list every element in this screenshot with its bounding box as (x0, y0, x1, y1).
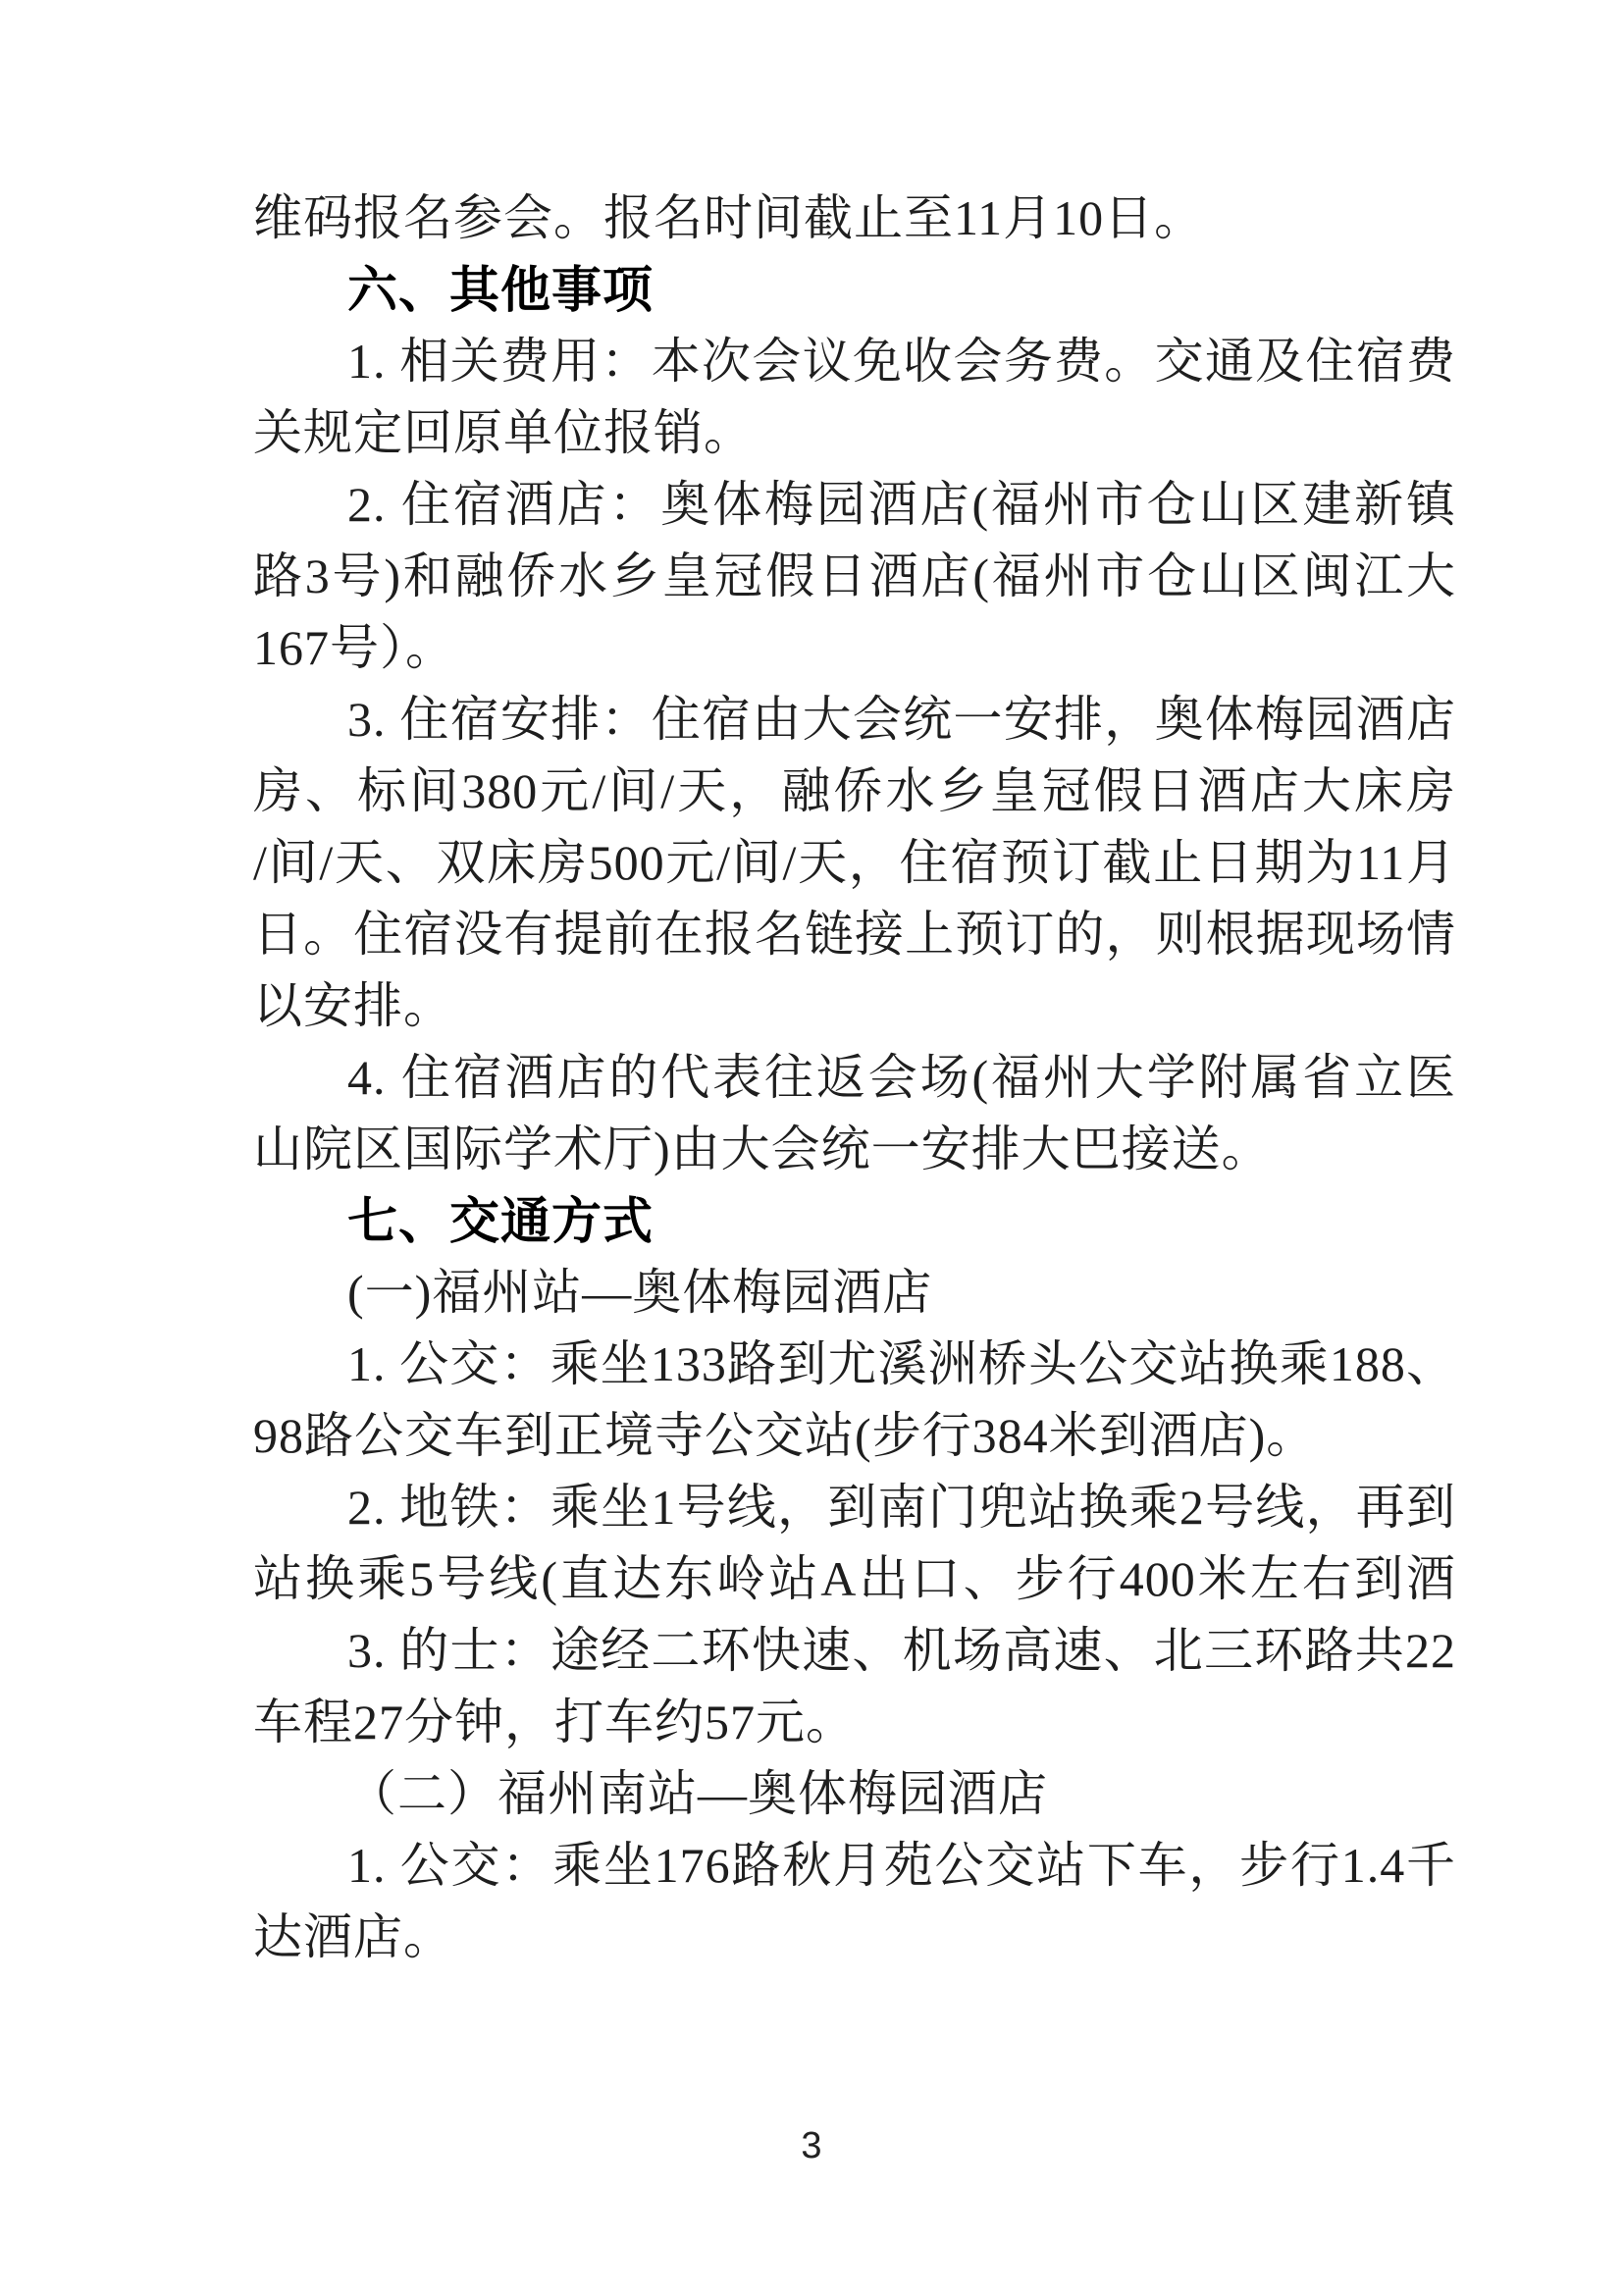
text-line: 2. 地铁：乘坐1号线，到南门兜站换乘2号线，再到金山 (253, 1472, 1456, 1543)
text-line: 房、标间380元/间/天，融侨水乡皇冠假日酒店大床房450元 (253, 756, 1456, 827)
text-line: 4. 住宿酒店的代表往返会场(福州大学附属省立医院金 (253, 1042, 1456, 1114)
text-line: 关规定回原单位报销。 (253, 397, 1456, 469)
text-line: 维码报名参会。报名时间截止至11月10日。 (253, 183, 1456, 254)
text-line: 1. 公交：乘坐176路秋月苑公交站下车，步行1.4千米到 (253, 1830, 1456, 1902)
text-line: 3. 住宿安排：住宿由大会统一安排，奥体梅园酒店大床 (253, 684, 1456, 756)
document-page: 维码报名参会。报名时间截止至11月10日。六、其他事项1. 相关费用：本次会议免… (0, 0, 1623, 2296)
text-line: 山院区国际学术厅)由大会统一安排大巴接送。 (253, 1114, 1456, 1185)
text-line: 98路公交车到正境寺公交站(步行384米到酒店)。 (253, 1400, 1456, 1472)
text-line: 日。住宿没有提前在报名链接上预订的，则根据现场情况予 (253, 899, 1456, 970)
page-number: 3 (0, 2123, 1623, 2168)
subsection-heading: (一)福州站—奥体梅园酒店 (253, 1257, 1456, 1329)
text-line: 路3号)和融侨水乡皇冠假日酒店(福州市仓山区闽江大道 (253, 541, 1456, 612)
text-line: 达酒店。 (253, 1902, 1456, 1973)
text-line: 1. 相关费用：本次会议免收会务费。交通及住宿费按相 (253, 326, 1456, 397)
text-line: /间/天、双床房500元/间/天，住宿预订截止日期为11月10 (253, 827, 1456, 899)
document-content: 维码报名参会。报名时间截止至11月10日。六、其他事项1. 相关费用：本次会议免… (253, 183, 1456, 1973)
text-line: 2. 住宿酒店：奥体梅园酒店(福州市仓山区建新镇盘屿 (253, 469, 1456, 541)
text-line: 以安排。 (253, 970, 1456, 1042)
text-line: 站换乘5号线(直达东岭站A出口、步行400米左右到酒店)。 (253, 1543, 1456, 1615)
text-line: 3. 的士：途经二环快速、机场高速、北三环路共22公里， (253, 1615, 1456, 1687)
section-heading: 七、交通方式 (253, 1185, 1456, 1257)
section-heading: 六、其他事项 (253, 254, 1456, 326)
subsection-heading: （二）福州南站—奥体梅园酒店 (253, 1758, 1456, 1830)
text-line: 车程27分钟，打车约57元。 (253, 1687, 1456, 1758)
text-line: 167号）。 (253, 612, 1456, 684)
text-line: 1. 公交：乘坐133路到尤溪洲桥头公交站换乘188、125、 (253, 1329, 1456, 1400)
